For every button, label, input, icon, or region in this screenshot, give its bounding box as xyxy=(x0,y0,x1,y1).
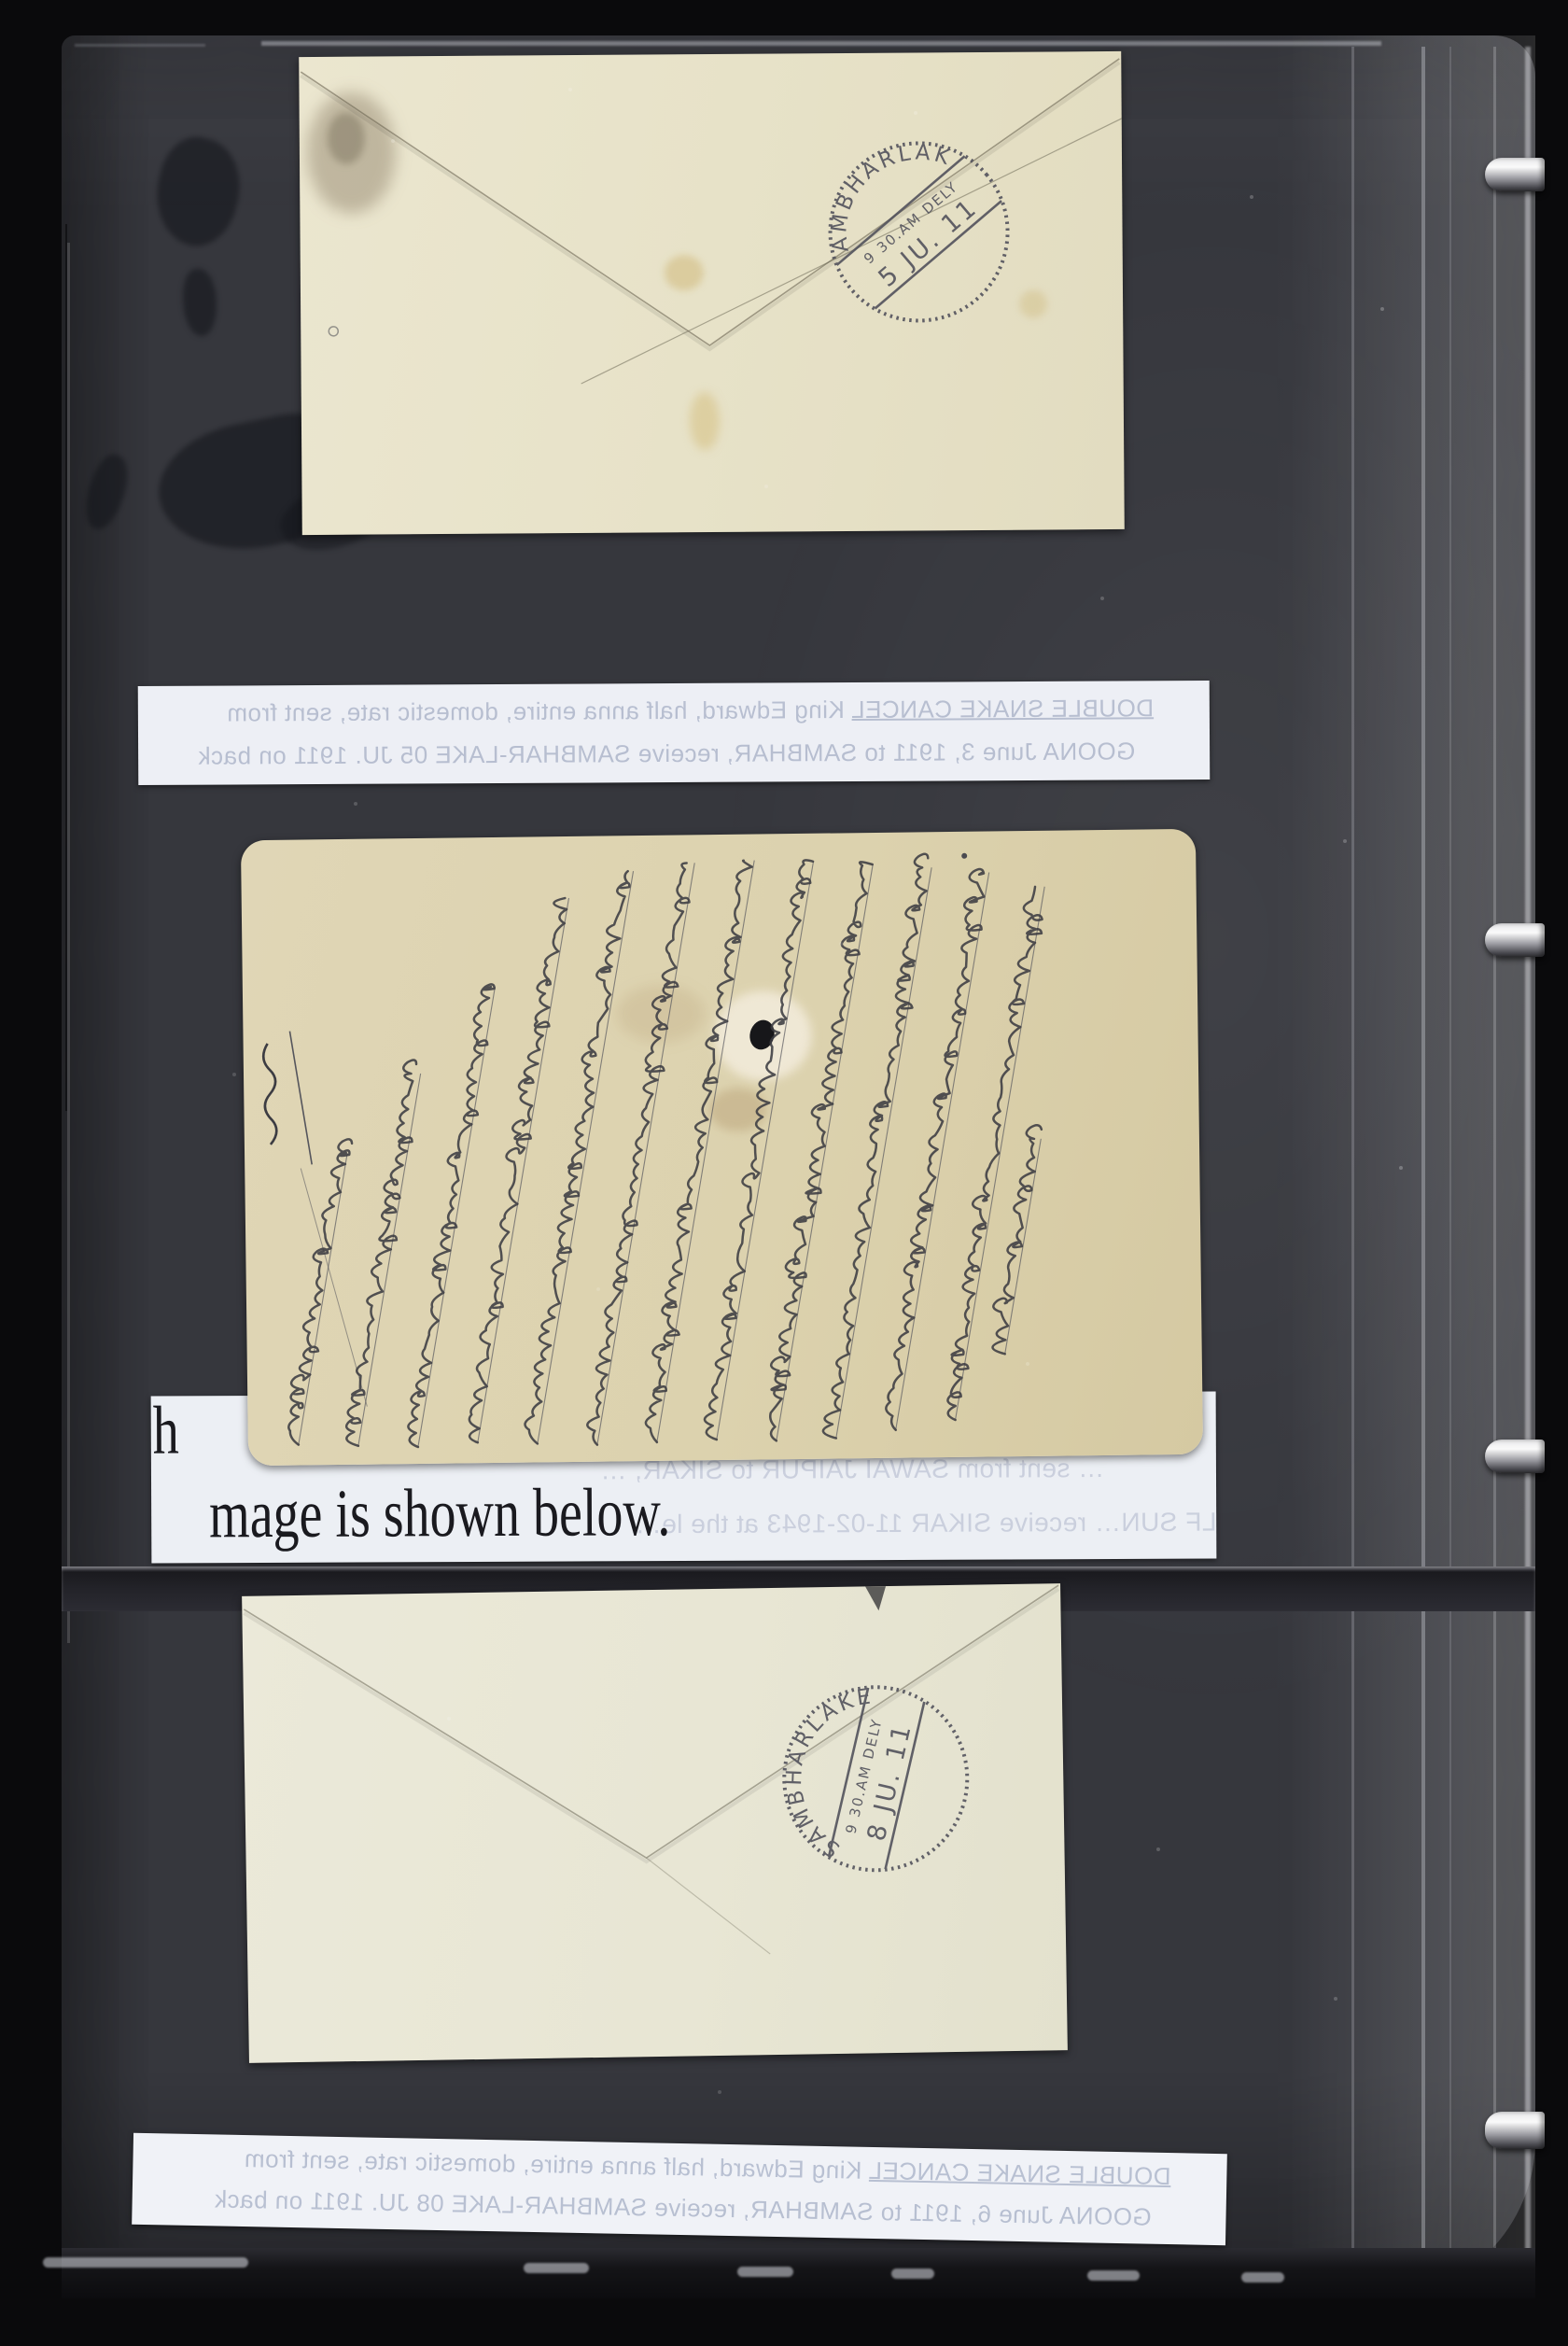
postmark-cds-bottom: SAMBHARLAKE 9 30.AM DELY 8 JU. 11 xyxy=(763,1668,986,1889)
crease-line xyxy=(647,1856,771,1956)
label-line2-mirrored: GOONA June 6, 1911 to SAMBHAR, receive S… xyxy=(214,2184,1152,2231)
typed-label-top: DOUBLE SNAKE CANCEL King Edward, half an… xyxy=(138,681,1211,785)
flap-edge xyxy=(244,1585,1062,1864)
handwriting-line xyxy=(763,862,879,1440)
flap-shadow xyxy=(244,1589,1062,1868)
label-underlined: DOUBLE SNAKE CANCEL xyxy=(851,694,1154,723)
label-line1-mirrored: DOUBLE SNAKE CANCEL King Edward, half an… xyxy=(227,694,1154,727)
seam-glint xyxy=(891,2269,934,2279)
handwriting-line xyxy=(639,861,760,1442)
seam-glint xyxy=(1087,2270,1140,2281)
binder-post xyxy=(1485,1440,1545,1473)
pencil-ring-mark xyxy=(329,327,338,336)
margin-note-half-anna xyxy=(263,1044,276,1145)
tear-notch xyxy=(865,1586,886,1610)
envelope-back-bottom: SAMBHARLAKE 9 30.AM DELY 8 JU. 11 xyxy=(242,1583,1068,2063)
margin-note-rule xyxy=(289,1031,312,1164)
handwriting-line xyxy=(816,854,934,1439)
seam-glint xyxy=(737,2267,793,2277)
caption-line2: mage is shown below. xyxy=(209,1474,670,1554)
seam-glint xyxy=(43,2257,248,2268)
envelope-back-top: SAMBHARLAKE 9 30.AM DELY 5 JU. 11 xyxy=(299,51,1125,535)
seam-glint xyxy=(524,2263,589,2273)
handwriting-line xyxy=(698,860,820,1440)
sheet-edge-crease xyxy=(65,224,67,1111)
caption-line1-left: h xyxy=(153,1392,179,1470)
caption-mirrored-line2: HALF SUN… receive SIKAR 11-02-1943 at th… xyxy=(635,1507,1216,1539)
handwriting-line xyxy=(286,1139,356,1444)
binder-post xyxy=(1485,158,1545,191)
handwriting-line xyxy=(879,869,990,1430)
sleeve-bottom-seam xyxy=(62,2248,1535,2298)
flap-shadow xyxy=(301,63,1121,352)
envelope-top-artwork: SAMBHARLAKE 9 30.AM DELY 5 JU. 11 xyxy=(299,51,1125,535)
handwriting-line xyxy=(342,1060,421,1446)
ink-dot xyxy=(961,853,967,859)
handwriting-line xyxy=(403,984,500,1447)
label-line2-mirrored: GOONA June 3, 1911 to SAMBHAR, receive S… xyxy=(198,737,1135,770)
photo-of-album-page: SAMBHARLAKE 9 30.AM DELY 5 JU. 11 DOUBLE… xyxy=(0,0,1568,2346)
binder-post xyxy=(1485,923,1545,957)
label-line1-mirrored: DOUBLE SNAKE CANCEL King Edward, half an… xyxy=(244,2144,1171,2191)
handwriting-line xyxy=(463,898,573,1442)
handwriting-line xyxy=(581,863,696,1444)
envelope-bottom-artwork: SAMBHARLAKE 9 30.AM DELY 8 JU. 11 xyxy=(242,1583,1068,2063)
label-underlined: DOUBLE SNAKE CANCEL xyxy=(869,2156,1171,2190)
handwriting-line xyxy=(990,1125,1044,1354)
dust-specks xyxy=(0,0,2,2)
seam-glint xyxy=(1241,2272,1284,2283)
binder-post xyxy=(1485,2112,1545,2149)
postcard-handwritten xyxy=(241,829,1203,1466)
handwriting-devanagari xyxy=(241,829,1203,1466)
